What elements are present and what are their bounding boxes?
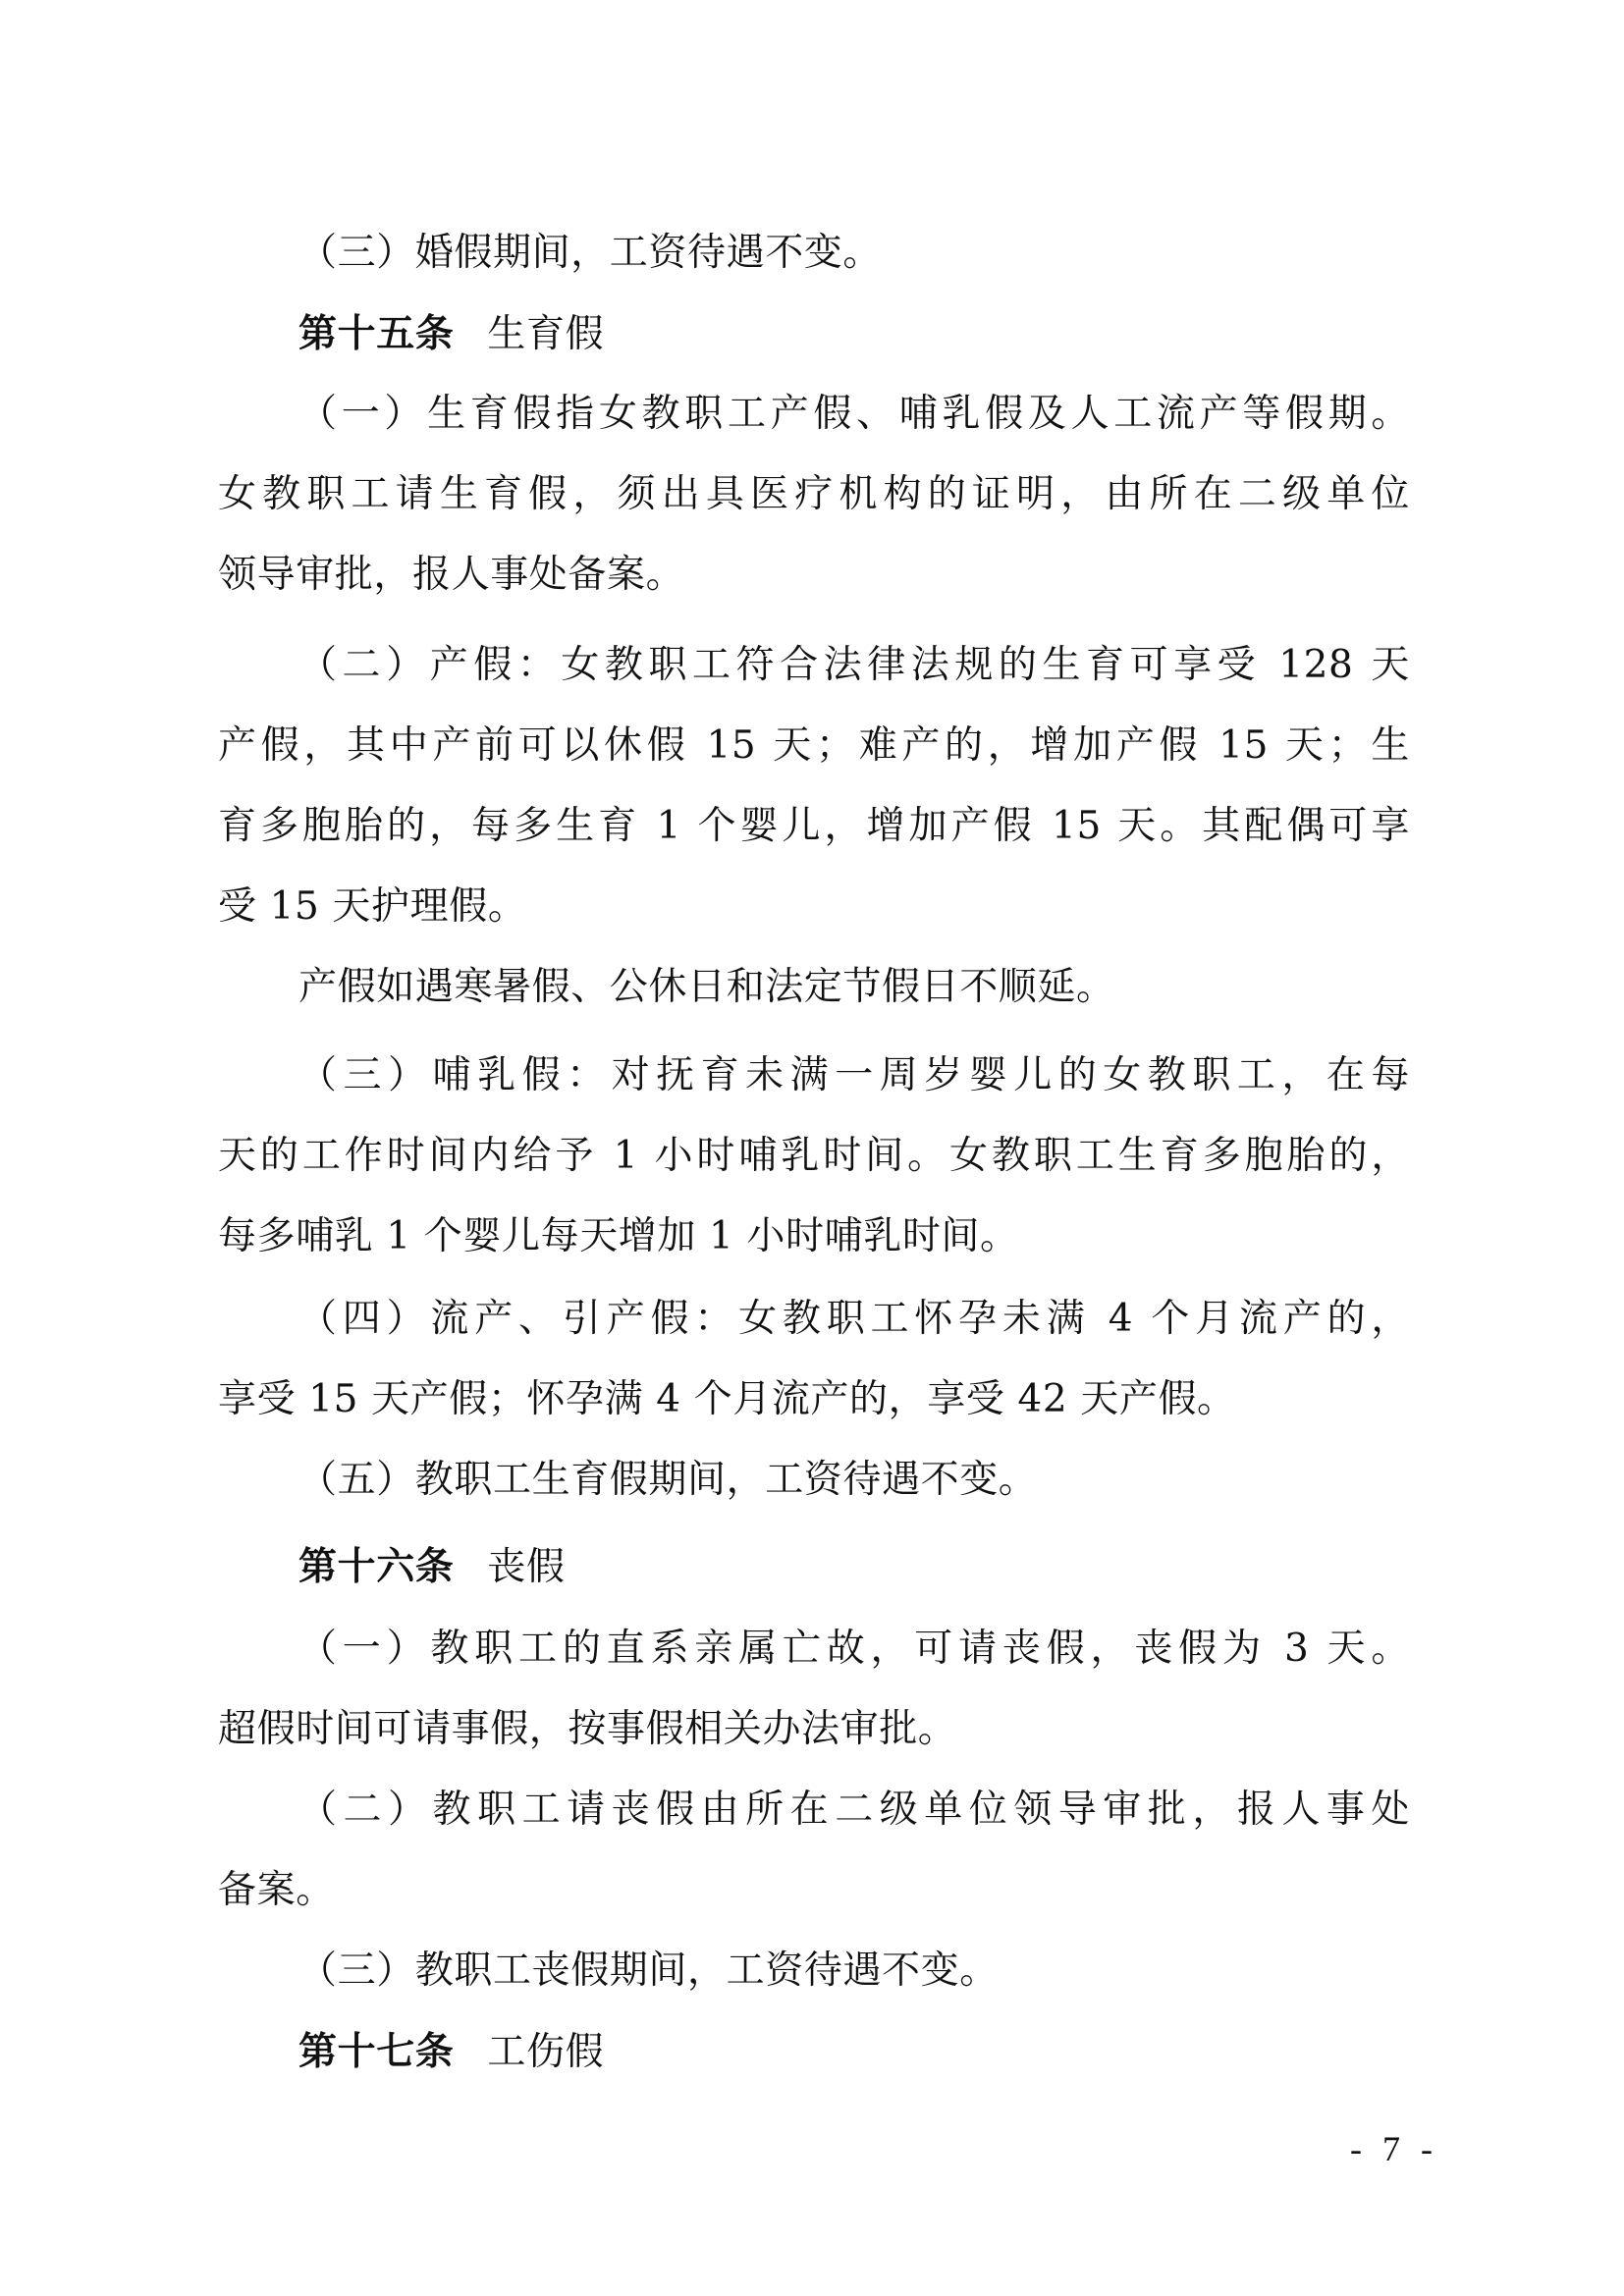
paragraph-line: （三）教职工丧假期间，工资待遇不变。 [298,1942,999,2001]
paragraph-line: 产假如遇寒暑假、公休日和法定节假日不顺延。 [298,958,1115,1017]
paragraph-line: 领导审批，报人事处备案。 [218,546,684,605]
paragraph-line: （一）生育假指女教职工产假、哺乳假及人工流产等假期。 [298,385,1410,444]
paragraph-line: 女教职工请生育假，须出具医疗机构的证明，由所在二级单位 [218,465,1410,524]
article-number: 第十五条 [298,311,454,356]
paragraph-line: 享受 15 天产假；怀孕满 4 个月流产的，享受 42 天产假。 [218,1370,1236,1429]
paragraph-line: （二）产假：女教职工符合法律法规的生育可享受 128 天 [298,636,1410,695]
article-heading-17: 第十七条工伤假 [298,2022,604,2081]
article-heading-16: 第十六条丧假 [298,1537,566,1596]
article-title: 丧假 [487,1545,565,1589]
paragraph-line: 每多哺乳 1 个婴儿每天增加 1 小时哺乳时间。 [218,1207,1019,1266]
article-number: 第十七条 [298,2029,454,2074]
paragraph-line: （三）哺乳假：对抚育未满一周岁婴儿的女教职工，在每 [298,1046,1410,1105]
paragraph-line: （二）教职工请丧假由所在二级单位领导审批，报人事处 [298,1781,1410,1840]
paragraph-line: （三）婚假期间，工资待遇不变。 [298,224,882,283]
paragraph-line: 产假，其中产前可以休假 15 天；难产的，增加产假 15 天；生 [218,717,1410,775]
article-number: 第十六条 [298,1544,454,1589]
article-title: 生育假 [487,312,604,356]
paragraph-line: （五）教职工生育假期间，工资待遇不变。 [298,1451,1037,1510]
paragraph-line: 育多胞胎的，每多生育 1 个婴儿，增加产假 15 天。其配偶可享 [218,797,1410,856]
paragraph-line: 受 15 天护理假。 [218,878,526,936]
paragraph-line: 超假时间可请事假，按事假相关办法审批。 [218,1700,956,1759]
article-title: 工伤假 [487,2030,604,2074]
paragraph-line: 备案。 [218,1861,335,1920]
page-number: - 7 - [1350,2128,1438,2169]
article-heading-15: 第十五条生育假 [298,304,604,363]
paragraph-line: 天的工作时间内给予 1 小时哺乳时间。女教职工生育多胞胎的， [218,1127,1410,1186]
paragraph-line: （一）教职工的直系亲属亡故，可请丧假，丧假为 3 天。 [298,1620,1410,1679]
paragraph-line: （四）流产、引产假：女教职工怀孕未满 4 个月流产的， [298,1290,1410,1349]
